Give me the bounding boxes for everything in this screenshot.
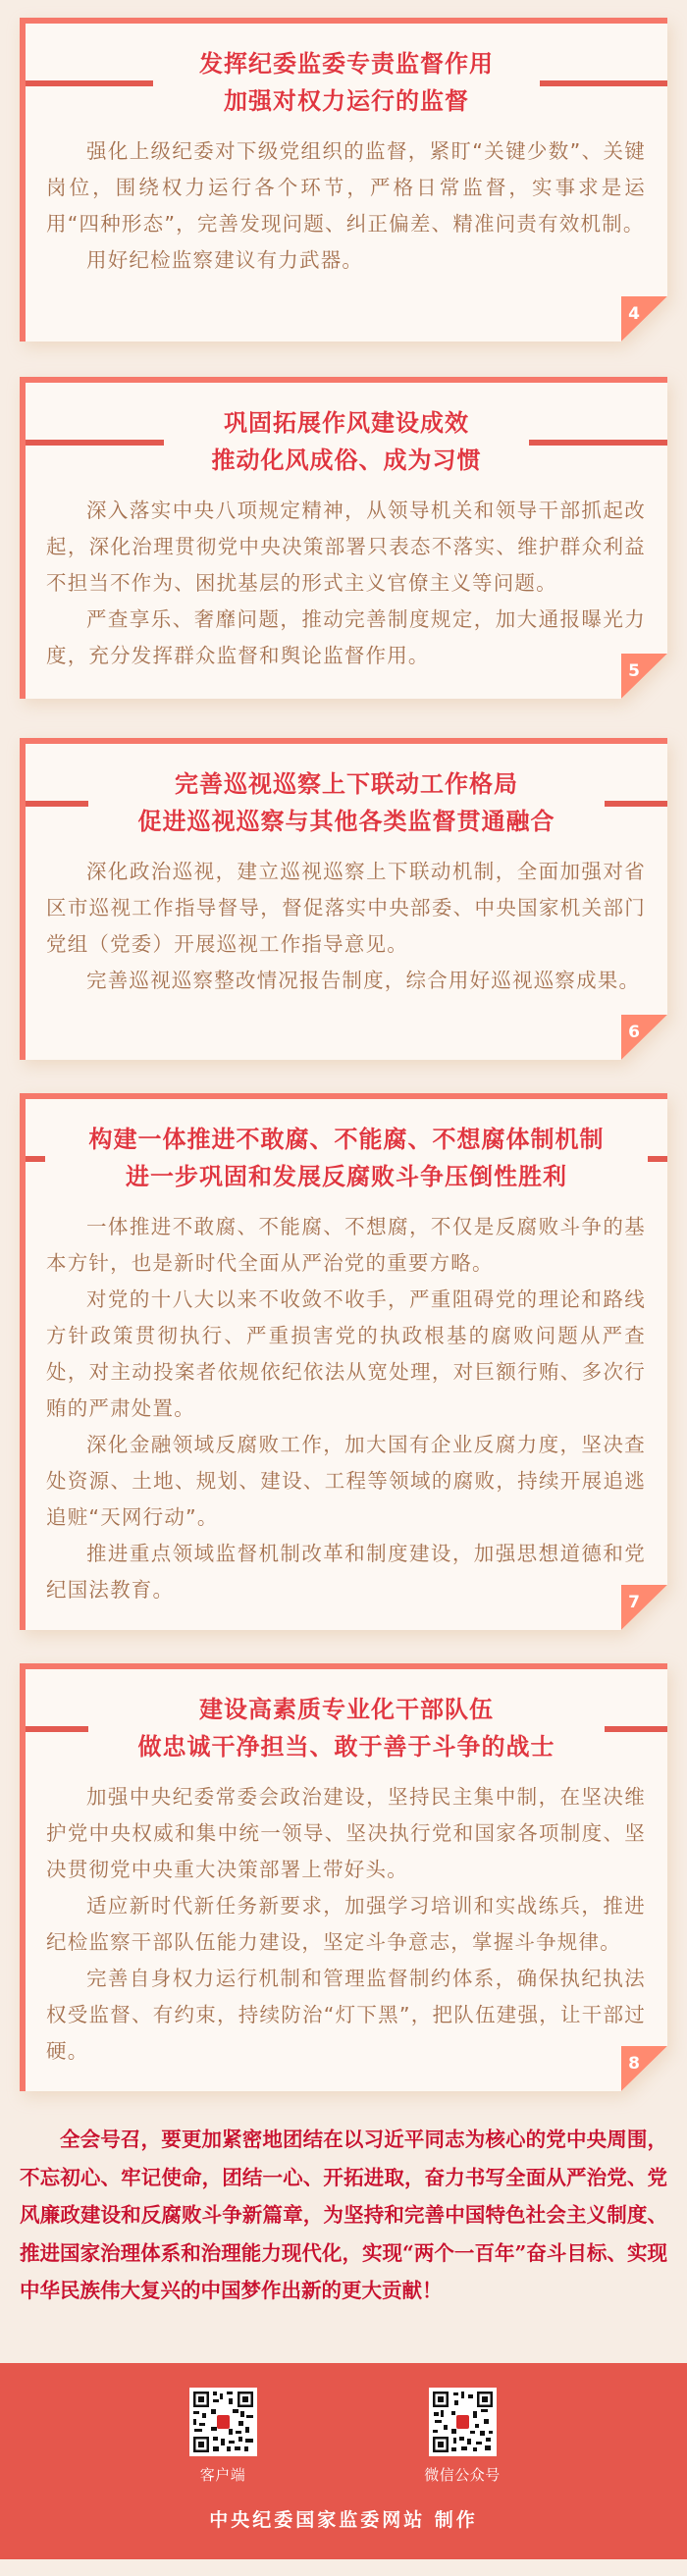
card-title-line-2: 推动化风成俗、成为习惯 [26,442,667,479]
card-title: 巩固拓展作风建设成效 推动化风成俗、成为习惯 [26,404,667,479]
qr-label-wechat: 微信公众号 [403,2464,521,2485]
card-header: 巩固拓展作风建设成效 推动化风成俗、成为习惯 [26,383,667,479]
card-body: 强化上级纪委对下级党组织的监督，紧盯“关键少数”、关键岗位，围绕权力运行各个环节… [26,120,667,347]
card-paragraph: 深化政治巡视，建立巡视巡察上下联动机制，全面加强对省区市巡视工作指导督导，督促落… [46,854,646,963]
section-card-5: 巩固拓展作风建设成效 推动化风成俗、成为习惯 深入落实中央八项规定精神，从领导机… [0,377,687,699]
card-paragraph: 用好纪检监察建议有力武器。 [46,242,646,279]
section-card-7: 构建一体推进不敢腐、不能腐、不想腐体制机制 进一步巩固和发展反腐败斗争压倒性胜利… [0,1093,687,1630]
card-title-line-1: 发挥纪委监委专责监督作用 [26,45,667,82]
card-number: 4 [628,304,640,324]
card-paragraph: 一体推进不敢腐、不能腐、不想腐，不仅是反腐败斗争的基本方针，也是新时代全面从严治… [46,1209,646,1282]
card-paragraph: 严查享乐、奢靡问题，推动完善制度规定，加大通报曝光力度，充分发挥群众监督和舆论监… [46,602,646,674]
card-header: 完善巡视巡察上下联动工作格局 促进巡视巡察与其他各类监督贯通融合 [26,744,667,840]
card-title-line-2: 加强对权力运行的监督 [26,82,667,120]
card-number: 7 [628,1593,640,1612]
card-title: 发挥纪委监委专责监督作用 加强对权力运行的监督 [26,45,667,120]
card-number: 6 [628,1023,640,1042]
card-title-line-1: 巩固拓展作风建设成效 [26,404,667,442]
card-body: 深化政治巡视，建立巡视巡察上下联动机制，全面加强对省区市巡视工作指导督导，督促落… [26,840,667,1068]
card-paragraph: 加强中央纪委常委会政治建设，坚持民主集中制，在坚决维护党中央权威和集中统一领导、… [46,1779,646,1888]
qr-code-icon[interactable] [429,2388,497,2456]
qr-label-app: 客户端 [164,2464,282,2485]
card-paragraph: 完善自身权力运行机制和管理监督制约体系，确保执纪执法权受监督、有约束，持续防治“… [46,1961,646,2070]
card-paragraph: 强化上级纪委对下级党组织的监督，紧盯“关键少数”、关键岗位，围绕权力运行各个环节… [46,133,646,242]
card-paragraph: 完善巡视巡察整改情况报告制度，综合用好巡视巡察成果。 [46,963,646,999]
section-card-8: 建设高素质专业化干部队伍 做忠诚干净担当、敢于善于斗争的战士 加强中央纪委常委会… [0,1663,687,2091]
card-header: 构建一体推进不敢腐、不能腐、不想腐体制机制 进一步巩固和发展反腐败斗争压倒性胜利 [26,1099,667,1195]
card-title-line-2: 做忠诚干净担当、敢于善于斗争的战士 [26,1728,667,1765]
qr-code-icon[interactable] [189,2388,257,2456]
card-title: 构建一体推进不敢腐、不能腐、不想腐体制机制 进一步巩固和发展反腐败斗争压倒性胜利 [26,1121,667,1195]
qr-block-app: 客户端 [164,2388,282,2485]
card-body: 加强中央纪委常委会政治建设，坚持民主集中制，在坚决维护党中央权威和集中统一领导、… [26,1765,667,2138]
card-title-line-1: 构建一体推进不敢腐、不能腐、不想腐体制机制 [26,1121,667,1158]
card-body: 深入落实中央八项规定精神，从领导机关和领导干部抓起改起，深化治理贯彻党中央决策部… [26,479,667,743]
card-title-line-2: 进一步巩固和发展反腐败斗争压倒性胜利 [26,1158,667,1195]
page: 发挥纪委监委专责监督作用 加强对权力运行的监督 强化上级纪委对下级党组织的监督，… [0,0,687,2559]
qr-block-wechat: 微信公众号 [403,2388,521,2485]
closing-paragraph: 全会号召，要更加紧密地团结在以习近平同志为核心的党中央周围，不忘初心、牢记使命，… [20,2121,667,2310]
card-header: 建设高素质专业化干部队伍 做忠诚干净担当、敢于善于斗争的战士 [26,1669,667,1765]
card-title: 完善巡视巡察上下联动工作格局 促进巡视巡察与其他各类监督贯通融合 [26,765,667,840]
card-paragraph: 推进重点领域监督机制改革和制度建设，加强思想道德和党纪国法教育。 [46,1536,646,1608]
card-title-line-1: 建设高素质专业化干部队伍 [26,1691,667,1728]
section-card-6: 完善巡视巡察上下联动工作格局 促进巡视巡察与其他各类监督贯通融合 深化政治巡视，… [0,738,687,1060]
card-number: 5 [628,661,640,681]
section-card-4: 发挥纪委监委专责监督作用 加强对权力运行的监督 强化上级纪委对下级党组织的监督，… [0,18,687,342]
card-paragraph: 深化金融领域反腐败工作，加大国有企业反腐力度，坚决查处资源、土地、规划、建设、工… [46,1427,646,1536]
closing-section: 全会号召，要更加紧密地团结在以习近平同志为核心的党中央周围，不忘初心、牢记使命，… [0,2111,687,2363]
card-paragraph: 适应新时代新任务新要求，加强学习培训和实战练兵，推进纪检监察干部队伍能力建设，坚… [46,1888,646,1961]
footer-credit: 中央纪委国家监委网站 制作 [0,2505,687,2532]
card-number: 8 [628,2054,640,2074]
card-title: 建设高素质专业化干部队伍 做忠诚干净担当、敢于善于斗争的战士 [26,1691,667,1765]
card-body: 一体推进不敢腐、不能腐、不想腐，不仅是反腐败斗争的基本方针，也是新时代全面从严治… [26,1195,667,1677]
card-header: 发挥纪委监委专责监督作用 加强对权力运行的监督 [26,24,667,120]
card-title-line-2: 促进巡视巡察与其他各类监督贯通融合 [26,803,667,840]
card-paragraph: 对党的十八大以来不收敛不收手，严重阻碍党的理论和路线方针政策贯彻执行、严重损害党… [46,1282,646,1427]
card-title-line-1: 完善巡视巡察上下联动工作格局 [26,765,667,803]
footer: 客户端 [0,2363,687,2559]
card-paragraph: 深入落实中央八项规定精神，从领导机关和领导干部抓起改起，深化治理贯彻党中央决策部… [46,493,646,602]
